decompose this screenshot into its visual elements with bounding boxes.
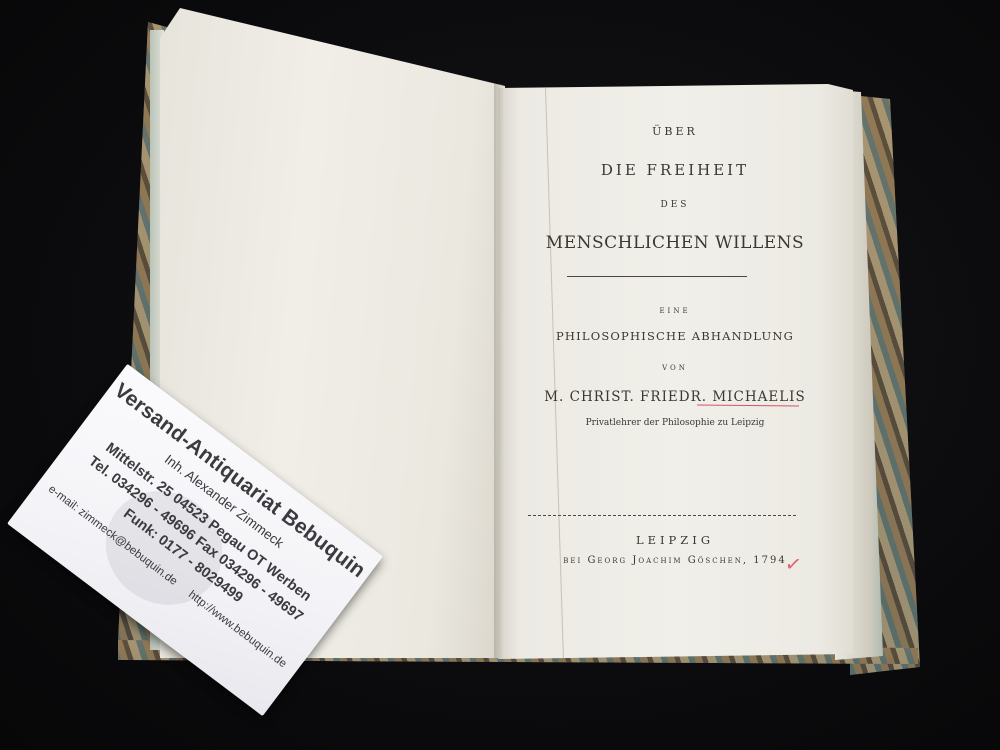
title-line-freiheit: DIE FREIHEIT bbox=[510, 161, 840, 179]
author-title: Privatlehrer der Philosophie zu Leipzig bbox=[510, 418, 840, 428]
title-line-ueber: ÜBER bbox=[510, 125, 840, 138]
byline-von: VON bbox=[510, 364, 840, 372]
title-line-willens: MENSCHLICHEN WILLENS bbox=[510, 233, 840, 253]
imprint-place: LEIPZIG bbox=[510, 533, 840, 547]
subtitle-eine: EINE bbox=[510, 307, 840, 315]
imprint-rule bbox=[528, 515, 796, 516]
subtitle-abhandlung: PHILOSOPHISCHE ABHANDLUNG bbox=[510, 329, 840, 343]
author-surname: MICHAELIS bbox=[712, 389, 805, 405]
red-check-icon: ✓ bbox=[783, 551, 803, 577]
author-line: M. CHRIST. FRIEDR. MICHAELIS bbox=[510, 389, 840, 405]
title-rule bbox=[567, 276, 747, 277]
author-prefix: M. CHRIST. FRIEDR. bbox=[544, 389, 707, 405]
book-gutter bbox=[494, 84, 504, 659]
title-line-des: DES bbox=[510, 200, 840, 210]
